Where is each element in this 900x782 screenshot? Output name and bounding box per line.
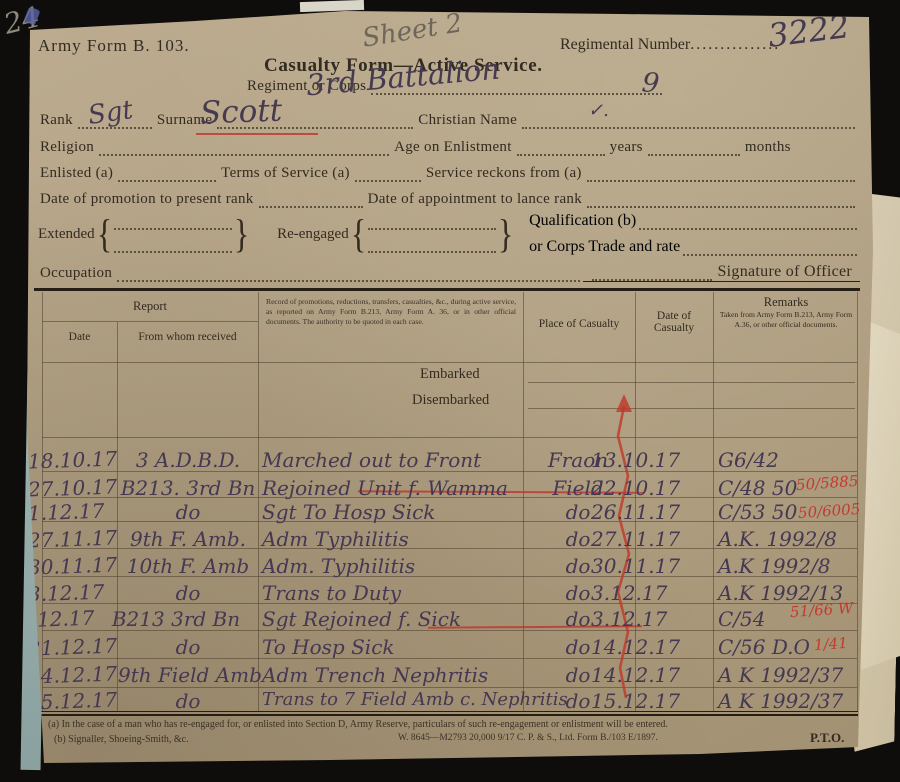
grid-line bbox=[528, 382, 855, 383]
occupation-line: Occupation Signature of Officer bbox=[38, 263, 860, 282]
years-label: years bbox=[608, 139, 645, 156]
dotted-leader bbox=[368, 215, 496, 230]
row-unit: 9th Field Amb bbox=[118, 663, 258, 687]
grid-line bbox=[42, 321, 258, 322]
extended-leaders bbox=[114, 213, 232, 255]
row-record: Rejoined Unit f. Wamma bbox=[262, 476, 508, 500]
table-row: 30.11.17 10th F. Amb Adm. Typhilitis do … bbox=[0, 554, 900, 580]
row-casualty-date: 3.12.17 bbox=[591, 607, 667, 631]
row-unit: 9th F. Amb. bbox=[118, 527, 258, 551]
trade-label: or Corps Trade and rate bbox=[529, 238, 680, 256]
row-remark: C/54 bbox=[718, 607, 766, 631]
table-row: 21.12.17 do To Hosp Sick do 14.12.17 C/5… bbox=[0, 635, 900, 661]
promotion-line: Date of promotion to present rank Date o… bbox=[38, 191, 858, 208]
date-casualty-column-header: Date of Casualty bbox=[637, 310, 711, 334]
footnote-b: (b) Signaller, Shoeing-Smith, &c. bbox=[54, 734, 189, 745]
reengaged-label: Re-engaged bbox=[277, 226, 349, 243]
dotted-leader bbox=[114, 215, 232, 230]
embarked-label: Embarked bbox=[420, 366, 480, 383]
row-red-annotation: 51/66 W bbox=[789, 599, 854, 621]
row-casualty-date: 13.10.17 bbox=[591, 448, 680, 472]
promotion-label: Date of promotion to present rank bbox=[38, 191, 256, 208]
signature-label: Signature of Officer bbox=[715, 263, 854, 281]
row-casualty-date: 14.12.17 bbox=[591, 635, 680, 659]
row-casualty-date: 3.12.17 bbox=[591, 581, 667, 605]
lance-label: Date of appointment to lance rank bbox=[366, 191, 584, 208]
table-row: 3.12.17 do Trans to Duty do 3.12.17 A.K … bbox=[0, 581, 900, 607]
occupation-label: Occupation bbox=[38, 265, 114, 282]
row-unit: do bbox=[118, 689, 258, 713]
close-brace: } bbox=[498, 214, 513, 254]
extended-block: Extended { } Re-engaged { } Qualificatio… bbox=[38, 210, 860, 258]
row-unit: B213. 3rd Bn bbox=[118, 476, 258, 500]
rank-label: Rank bbox=[38, 112, 75, 129]
row-date: 30.11.17 bbox=[28, 552, 118, 579]
open-brace: { bbox=[97, 214, 112, 254]
row-remark: A K 1992/37 bbox=[718, 689, 843, 713]
dotted-leader bbox=[592, 266, 712, 281]
row-remark: A.K. 1992/8 bbox=[718, 527, 837, 551]
row-date: 27.10.17 bbox=[28, 474, 118, 501]
dotted-leader bbox=[259, 193, 363, 208]
dotted-leader bbox=[587, 167, 855, 182]
reckons-label: Service reckons from (a) bbox=[424, 165, 584, 182]
row-date: 27.11.17 bbox=[28, 525, 118, 552]
red-underline-surname bbox=[196, 133, 318, 135]
place-column-header: Place of Casualty bbox=[525, 318, 633, 330]
row-record: Sgt Rejoined f. Sick bbox=[262, 607, 461, 631]
row-unit: B213 3rd Bn bbox=[106, 607, 246, 631]
qualification-label: Qualification (b) bbox=[529, 212, 636, 230]
row-casualty-date: 15.12.17 bbox=[591, 689, 680, 713]
row-casualty-date: 27.11.17 bbox=[591, 527, 680, 551]
trade-line: or Corps Trade and rate bbox=[529, 238, 860, 256]
disembarked-label: Disembarked bbox=[412, 392, 489, 409]
sheet-note-handwriting: Sheet 2 bbox=[360, 8, 464, 53]
dotted-leader bbox=[517, 141, 605, 156]
extended-label: Extended bbox=[38, 226, 95, 243]
surname-handwriting: Scott bbox=[199, 93, 282, 132]
row-record: To Hosp Sick bbox=[262, 635, 395, 659]
pto-label: P.T.O. bbox=[810, 730, 844, 746]
terms-label: Terms of Service (a) bbox=[219, 165, 352, 182]
row-date: 18.10.17 bbox=[28, 446, 118, 473]
regimental-number-handwriting: 3222 bbox=[766, 7, 851, 55]
religion-label: Religion bbox=[38, 139, 96, 156]
section-divider-rule bbox=[34, 288, 860, 291]
row-remark: G6/42 bbox=[718, 448, 779, 472]
table-row: 14.12.17 9th Field Amb Adm Trench Nephri… bbox=[0, 663, 900, 689]
row-red-annotation: 50/6005 bbox=[797, 500, 860, 522]
row-red-annotation: 50/5885 bbox=[795, 472, 858, 494]
row-date: 1.12.17 bbox=[28, 499, 105, 526]
report-header: Report bbox=[42, 299, 258, 314]
row-red-annotation: 1/41 bbox=[813, 634, 848, 654]
row-remark: A K 1992/37 bbox=[718, 663, 843, 687]
table-row: 1.12.17 do Sgt To Hosp Sick do 26.11.17 … bbox=[0, 500, 900, 526]
row-unit: do bbox=[118, 635, 258, 659]
table-row: 15.12.17 do Trans to 7 Field Amb c. Neph… bbox=[0, 689, 900, 715]
printer-imprint: W. 8645—M2793 20,000 9/17 C. P. & S., Lt… bbox=[398, 733, 658, 743]
remarks-column-subheader: Taken from Army Form B.213, Army Form A.… bbox=[719, 310, 853, 330]
row-record: Adm Typhilitis bbox=[262, 527, 409, 551]
row-unit: do bbox=[118, 581, 258, 605]
remarks-column-header: Remarks bbox=[715, 295, 857, 310]
row-remark: A.K 1992/8 bbox=[718, 554, 830, 578]
dotted-leader bbox=[118, 167, 216, 182]
dotted-leader bbox=[639, 215, 857, 230]
table-row: 27.10.17 B213. 3rd Bn Rejoined Unit f. W… bbox=[0, 476, 900, 502]
form-number-label: Army Form B. 103. bbox=[38, 36, 190, 56]
row-record: Trans to 7 Field Amb c. Nephritis bbox=[262, 689, 568, 710]
row-casualty-date: 26.11.17 bbox=[591, 500, 680, 524]
close-brace: } bbox=[234, 214, 249, 254]
dotted-leader bbox=[117, 267, 580, 282]
from-whom-column-header: From whom received bbox=[117, 331, 258, 343]
religion-line: Religion Age on Enlistment years months bbox=[38, 139, 858, 156]
qualification-line: Qualification (b) bbox=[529, 212, 860, 230]
dotted-leader: ............... bbox=[690, 36, 780, 53]
row-date: 14.12.17 bbox=[28, 661, 118, 688]
row-casualty-date: 30.11.17 bbox=[591, 554, 680, 578]
row-remark: C/48 50 bbox=[718, 476, 797, 500]
dotted-leader bbox=[368, 238, 496, 253]
table-row: 8.12.17 B213 3rd Bn Sgt Rejoined f. Sick… bbox=[0, 607, 900, 633]
row-date: 21.12.17 bbox=[28, 633, 118, 660]
christian-name-label: Christian Name bbox=[416, 112, 519, 129]
age-label: Age on Enlistment bbox=[392, 139, 514, 156]
table-row: 18.10.17 3 A.D.B.D. Marched out to Front… bbox=[0, 448, 900, 474]
row-record: Marched out to Front bbox=[262, 448, 481, 472]
rank-handwriting: Sgt bbox=[86, 95, 135, 131]
row-record: Sgt To Hosp Sick bbox=[262, 500, 435, 524]
row-record: Trans to Duty bbox=[262, 581, 401, 605]
table-row: 27.11.17 9th F. Amb. Adm Typhilitis do 2… bbox=[0, 527, 900, 553]
row-date: 3.12.17 bbox=[28, 580, 105, 607]
reengaged-leaders bbox=[368, 213, 496, 255]
dotted-leader bbox=[648, 141, 740, 156]
grid-line bbox=[42, 362, 857, 363]
row-unit: do bbox=[118, 500, 258, 524]
row-casualty-date: 22.10.17 bbox=[591, 476, 680, 500]
row-record: Adm. Typhilitis bbox=[262, 554, 415, 578]
signature-segment: Signature of Officer bbox=[583, 263, 860, 282]
regiment-flourish-handwriting: 9 bbox=[640, 67, 660, 100]
record-column-header: Record of promotions, reductions, transf… bbox=[266, 297, 516, 327]
row-remark: C/56 D.O bbox=[718, 635, 810, 659]
dotted-leader bbox=[587, 193, 855, 208]
open-brace: { bbox=[351, 214, 366, 254]
regimental-number-text: Regimental Number bbox=[560, 36, 690, 53]
row-unit: 10th F. Amb bbox=[118, 554, 258, 578]
dotted-leader bbox=[355, 167, 421, 182]
row-unit: 3 A.D.B.D. bbox=[118, 448, 258, 472]
rank-line: Rank Surname Christian Name bbox=[38, 112, 858, 129]
grid-line bbox=[528, 408, 855, 409]
enlisted-line: Enlisted (a) Terms of Service (a) Servic… bbox=[38, 165, 858, 182]
row-record: Adm Trench Nephritis bbox=[262, 663, 488, 687]
dotted-leader bbox=[522, 114, 855, 129]
grid-line bbox=[42, 437, 857, 438]
paper-edge-sliver bbox=[300, 0, 364, 12]
dotted-leader bbox=[114, 238, 232, 253]
dotted-leader bbox=[683, 241, 857, 256]
qualification-block: Qualification (b) or Corps Trade and rat… bbox=[515, 212, 860, 256]
enlisted-label: Enlisted (a) bbox=[38, 165, 115, 182]
months-label: months bbox=[743, 139, 793, 156]
row-remark: C/53 50 bbox=[718, 500, 797, 524]
christian-name-mark: ✓. bbox=[588, 100, 609, 121]
row-casualty-date: 14.12.17 bbox=[591, 663, 680, 687]
dotted-leader bbox=[99, 141, 389, 156]
scanned-document-photo: 24 Army Form B. 103. Sheet 2 Casualty Fo… bbox=[0, 0, 900, 782]
footnote-a: (a) In the case of a man who has re-enga… bbox=[48, 719, 668, 730]
army-form-paper: Army Form B. 103. Sheet 2 Casualty Form—… bbox=[0, 0, 900, 782]
regimental-number-label: Regimental Number............... bbox=[560, 36, 780, 54]
date-column-header: Date bbox=[42, 331, 117, 343]
